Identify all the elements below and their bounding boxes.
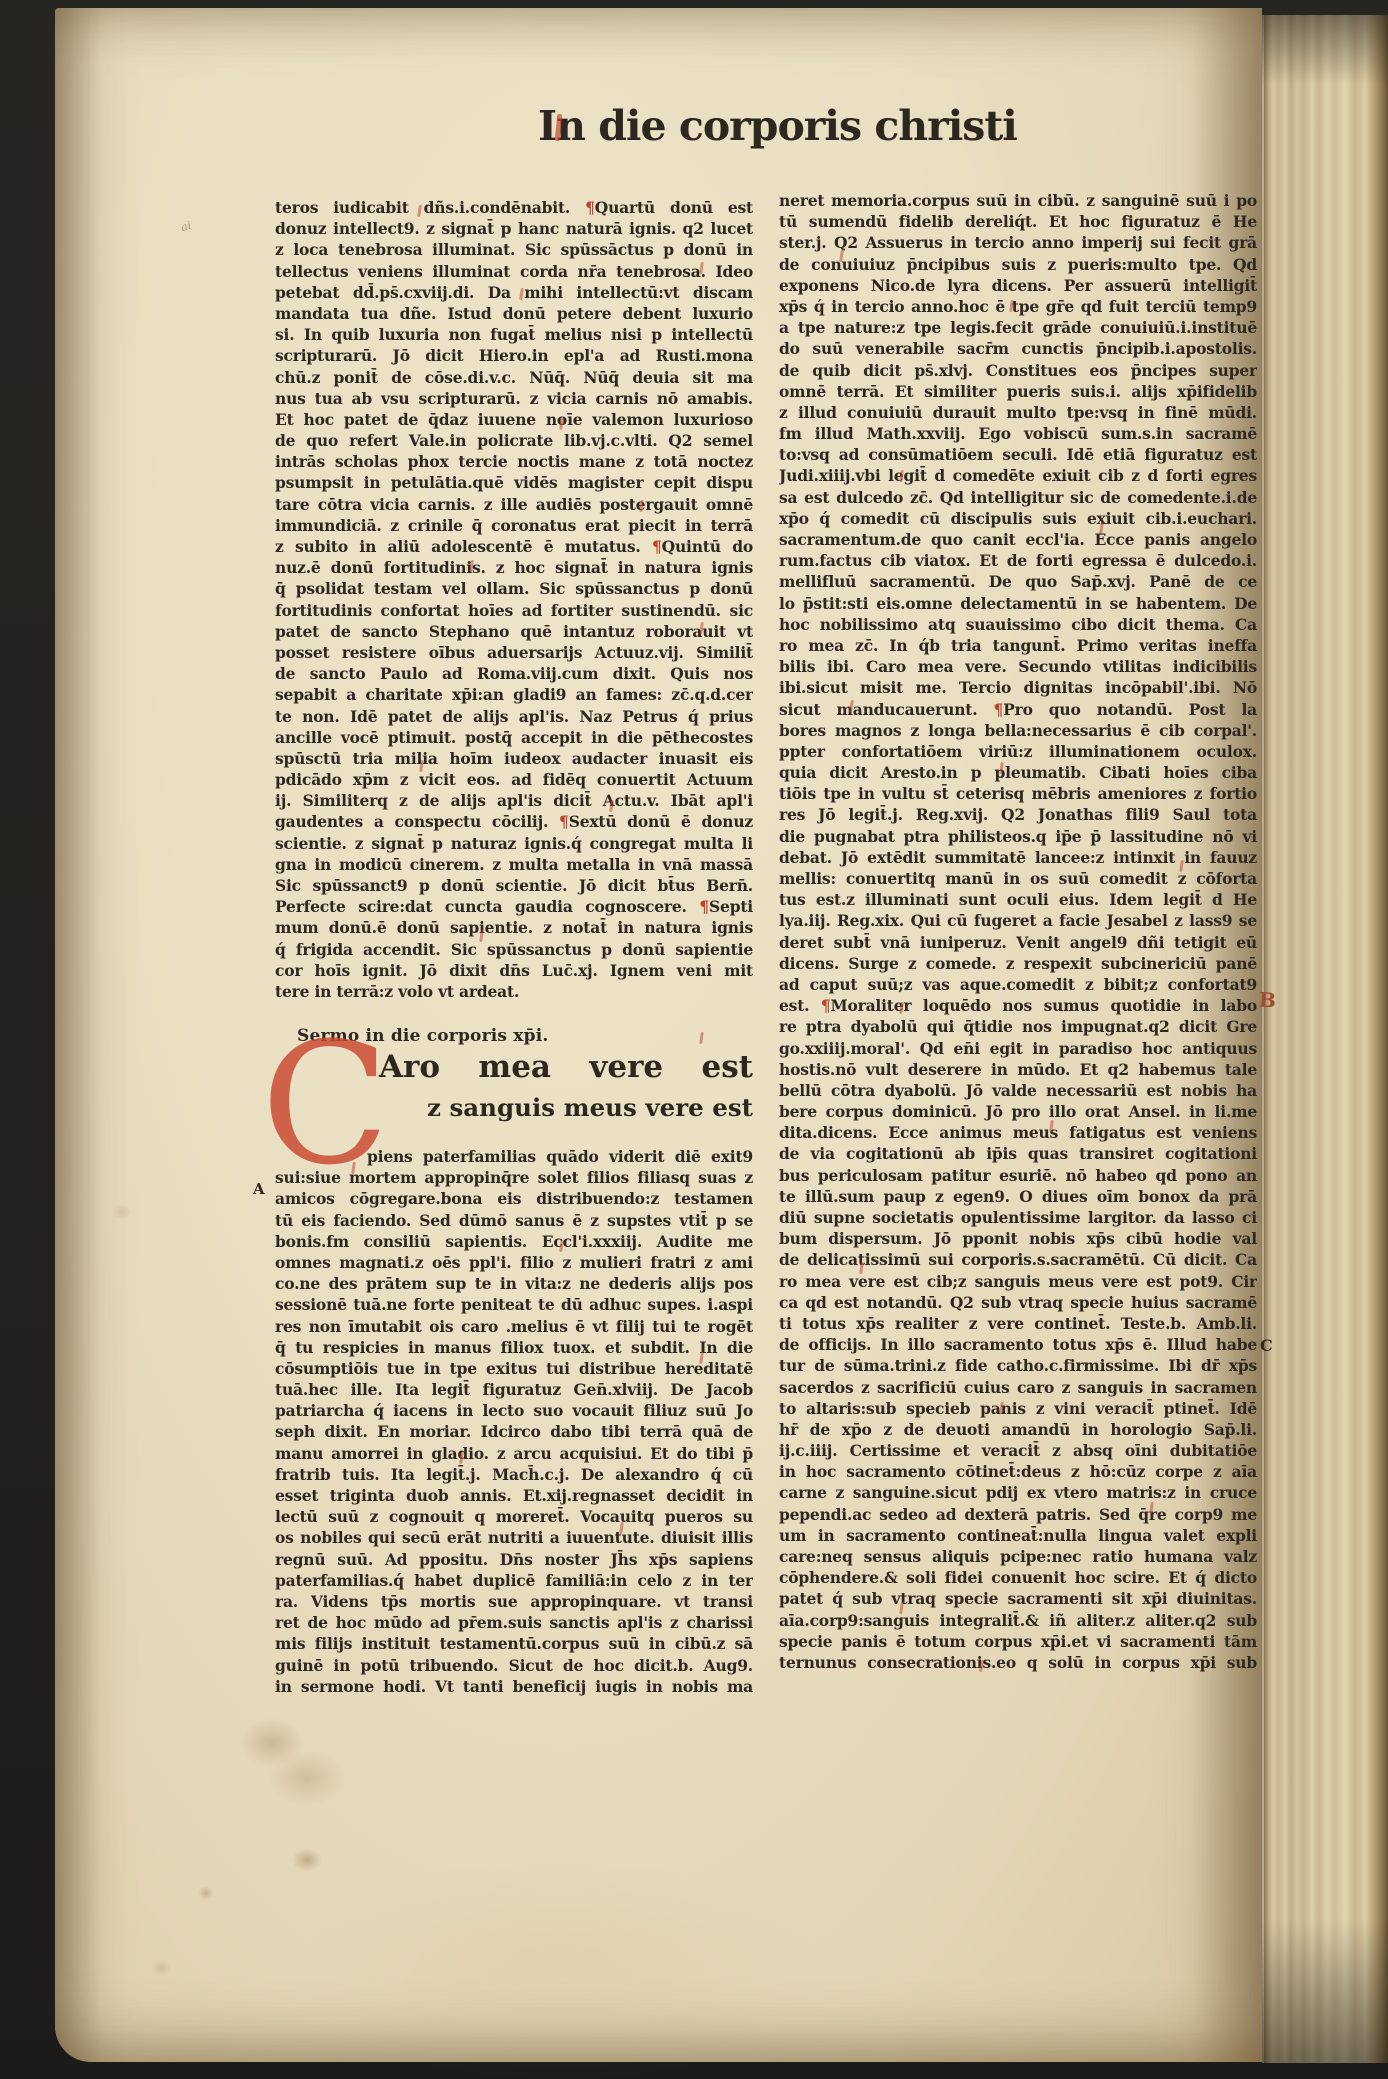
text-line: ij. Similiterq z de alijs apl'is dicit̄ … bbox=[275, 790, 753, 811]
text-line: ro mea zc̄. In q́b tria tangunt̄. Primo … bbox=[779, 635, 1257, 656]
text-line: sepabit a charitate xp̄i:an gladi9 an fa… bbox=[275, 684, 753, 705]
text-line: fratrib tuis. Ita legit̄.j. Mach̄.c.j. D… bbox=[275, 1464, 753, 1485]
running-title: In die corporis christi bbox=[538, 102, 996, 150]
text-line: sa est dulcedo zc̄. Qd intelligitur sic … bbox=[779, 487, 1257, 508]
text-line: de via cogitationū ab ip̄is quas transir… bbox=[779, 1143, 1257, 1164]
text-line: lya.iij. Reg.xix. Qui cū fugeret a facie… bbox=[779, 910, 1257, 931]
text-line: exponens Nico.de lyra dicens. Per assuer… bbox=[779, 275, 1257, 296]
text-line: piens paterfamilias quādo viderit diē ex… bbox=[275, 1146, 753, 1167]
text-line: ppter confortatiōem viriū:z illumination… bbox=[779, 741, 1257, 762]
text-line: teros iudicabit dñs.i.condēnabit. ¶Quart… bbox=[275, 197, 753, 218]
text-line: de conuiuiuz p̄ncipibus suis z pueris:mu… bbox=[779, 254, 1257, 275]
text-line: re ptra dyabolū qui q̄tidie nos impugnat… bbox=[779, 1016, 1257, 1037]
text-column-right: neret memoria.corpus suū in cibū. z sang… bbox=[779, 190, 1257, 1673]
text-line: paterfamilias.q́ habet duplicē familiā:i… bbox=[275, 1570, 753, 1591]
text-line: patet de sancto Stephano quē intantuz ro… bbox=[275, 621, 753, 642]
text-line: in sermone hodi. Vt tanti beneficij iugi… bbox=[275, 1676, 753, 1697]
marginal-letter-c: C bbox=[1260, 1336, 1273, 1355]
text-line: sacramentum.de quo canit eccl'ia. Ecce p… bbox=[779, 529, 1257, 550]
marginal-letter-b: B bbox=[1258, 987, 1277, 1012]
text-line: ancille vocē ptimuit. postq̄ accepit in … bbox=[275, 727, 753, 748]
text-line: bonis.fm consiliū sapientis. Eccl'i.xxxi… bbox=[275, 1231, 753, 1252]
text-line: ti totus xp̄s realiter z vere continet̄.… bbox=[779, 1313, 1257, 1334]
text-line: z illud conuiuiū durauit multo tpe:vsq i… bbox=[779, 402, 1257, 423]
text-line: pdicādo xp̄m z vicit eos. ad fidēq conue… bbox=[275, 769, 753, 790]
text-line: xp̄s q́ in tercio anno.hoc ē tpe gr̄e qd… bbox=[779, 296, 1257, 317]
text-line: a tpe nature:z tpe legis.fecit grāde con… bbox=[779, 317, 1257, 338]
text-line: Sic spūssanct9 p donū scientie. Jō dicit… bbox=[275, 875, 753, 896]
text-line: to altaris:sub specieb panis z vini vera… bbox=[779, 1398, 1257, 1419]
text-line: diū supne societatis opulentissime largi… bbox=[779, 1207, 1257, 1228]
text-line: immundiciā. z crinile q̄ coronatus erat … bbox=[275, 515, 753, 536]
text-line: bus periculosam patitur esuriē. nō habeo… bbox=[779, 1165, 1257, 1186]
text-line: tū sumendū fidelib dereliq́t. Et hoc fig… bbox=[779, 211, 1257, 232]
text-line: est. ¶Moraliter loquēdo nos sumus quotid… bbox=[779, 995, 1257, 1016]
text-line: bere corpus dominicū. Jō pro illo orat A… bbox=[779, 1101, 1257, 1122]
sermon-incipit: C Aro mea vere est cibus z sanguis meus … bbox=[275, 1044, 753, 1126]
text-line: de sancto Paulo ad Roma.viij.cum dixit. … bbox=[275, 663, 753, 684]
text-line: lo p̄stit:sti eis.omne delectamentū in s… bbox=[779, 593, 1257, 614]
text-line: sui:siue mortem appropinq̄re solet filio… bbox=[275, 1167, 753, 1188]
text-line: pependi.ac sedeo ad dexterā patris. Sed … bbox=[779, 1504, 1257, 1525]
text-line: cōsumptiōis tue in tpe exitus tui distri… bbox=[275, 1358, 753, 1379]
text-line: omnes magnati.z oēs ppl'i. filio z mulie… bbox=[275, 1252, 753, 1273]
text-line: tuā.hec ille. Ita legit̄ figuratuz Gen̄.… bbox=[275, 1379, 753, 1400]
text-line: debat. Jō extēdit summitatē lancee:z int… bbox=[779, 847, 1257, 868]
text-line: ternunus consecrationis.eo q solū in cor… bbox=[779, 1652, 1257, 1673]
text-line: mis filijs instituit testamentū.corpus s… bbox=[275, 1633, 753, 1654]
text-line: amicos cōgregare.bona eis distribuendo:z… bbox=[275, 1188, 753, 1209]
text-column-left-continued: piens paterfamilias quādo viderit diē ex… bbox=[275, 1146, 753, 1697]
text-line: res Jō legit̄.j. Reg.xvij. Q2 Jonathas f… bbox=[779, 804, 1257, 825]
text-line: Judi.xiiij.vbi legit̄ d comedēte exiuit … bbox=[779, 465, 1257, 486]
text-line: ca qd est notandū. Q2 sub vtraq specie h… bbox=[779, 1292, 1257, 1313]
text-line: bum dispersum. Jō pponit nobis xp̄s cibū… bbox=[779, 1228, 1257, 1249]
text-line: de delicatissimū sui corporis.s.sacramēt… bbox=[779, 1249, 1257, 1270]
book-fore-edge-pages bbox=[1262, 15, 1388, 2063]
text-line: ret de hoc mūdo ad pr̄em.suis sanctis ap… bbox=[275, 1612, 753, 1633]
text-line: petebat dd̄.ps̄.cxviij.di. Da mihi intel… bbox=[275, 282, 753, 303]
text-line: donuz intellect9. z signat̄ p hanc natur… bbox=[275, 218, 753, 239]
text-line: hostis.nō vult deserere in mūdo. Et q2 h… bbox=[779, 1059, 1257, 1080]
text-line: posset resistere oībus aduersarijs Actuu… bbox=[275, 642, 753, 663]
text-line: care:neq sensus aliquis pcipe:nec ratio … bbox=[779, 1546, 1257, 1567]
text-line: omnē terrā. Et similiter pueris suis.i. … bbox=[779, 381, 1257, 402]
text-line: patet q́ sub vtraq specie sacramenti sit… bbox=[779, 1588, 1257, 1609]
text-line: sicut manducauerunt. ¶Pro quo notandū. P… bbox=[779, 699, 1257, 720]
text-line: seph dixit. En moriar. Idcirco dabo tibi… bbox=[275, 1421, 753, 1442]
text-line: gaudentes a conspectu cōcilij. ¶Sextū do… bbox=[275, 811, 753, 832]
text-line: dita.dicens. Ecce animus meus fatigatus … bbox=[779, 1122, 1257, 1143]
text-line: intrās scholas phox tercie noctis mane z… bbox=[275, 451, 753, 472]
text-line: mandata tua dñe. Istud donū petere deben… bbox=[275, 303, 753, 324]
text-line: ro mea vere est cib;z sanguis meus vere … bbox=[779, 1271, 1257, 1292]
text-line: os nobiles qui secū erāt nutriti a iuuen… bbox=[275, 1527, 753, 1548]
text-line: mellis: conuertitq manū in os suū comedi… bbox=[779, 868, 1257, 889]
text-line: scientie. z signat̄ p naturaz ignis.q́ c… bbox=[275, 833, 753, 854]
text-line: carne z sanguine.sicut pdij ex vtero mat… bbox=[779, 1482, 1257, 1503]
text-line: ibi.sicut misit me. Tercio dignitas incō… bbox=[779, 677, 1257, 698]
text-column-left: teros iudicabit dñs.i.condēnabit. ¶Quart… bbox=[275, 197, 753, 1002]
text-line: guinē in potū tribuendo. Sicut de hoc di… bbox=[275, 1655, 753, 1676]
text-line: te illū.sum paup z egen9. O diues oīm bo… bbox=[779, 1186, 1257, 1207]
text-line: Perfecte scire:dat cuncta gaudia cognosc… bbox=[275, 896, 753, 917]
text-line: esset triginta duob annis. Et.xij.regnas… bbox=[275, 1485, 753, 1506]
text-line: cor hoīs ignit. Jō dixit dn̄s Luc̄.xj. I… bbox=[275, 960, 753, 981]
text-line: gna in modicū cinerem. z multa metalla i… bbox=[275, 854, 753, 875]
text-line: hoc nobilissimo atq suauissimo cibo dici… bbox=[779, 614, 1257, 635]
text-line: regnū suū. Ad ppositu. Dn̄s noster Jh̄s … bbox=[275, 1549, 753, 1570]
text-line: scripturarū. Jō dicit Hiero.in epl'a ad … bbox=[275, 345, 753, 366]
text-line: sessionē tuā.ne forte peniteat te dū adh… bbox=[275, 1294, 753, 1315]
text-line: cōphendere.& soli fidei conuenit hoc sci… bbox=[779, 1567, 1257, 1588]
text-line: tiōis tpe in vultu st̄ ceterisq mēbris a… bbox=[779, 783, 1257, 804]
text-line: spūsctū tria milia hoīm iudeox audacter … bbox=[275, 748, 753, 769]
text-line: tus est.z illuminati sunt oculi eius. Id… bbox=[779, 889, 1257, 910]
text-line: si. In quib luxuria non fugat̄ melius ni… bbox=[275, 324, 753, 345]
text-line: q̄ psolidat testam vel ollam. Sic spūssa… bbox=[275, 578, 753, 599]
text-line: ad caput suū;z vas aque.comedit z bibit;… bbox=[779, 974, 1257, 995]
text-line: do suū venerabile sacr̄m cunctis p̄ncipi… bbox=[779, 338, 1257, 359]
text-line: die pugnabat ptra philisteos.q ip̄e p̄ l… bbox=[779, 826, 1257, 847]
text-line: nuz.ē donū fortitudinis. z hoc signat̄ i… bbox=[275, 557, 753, 578]
text-line: tellectus veniens illuminat corda nr̄a t… bbox=[275, 261, 753, 282]
text-line: z subito in aliū adolescentē ē mutatus. … bbox=[275, 536, 753, 557]
text-line: tur de sūma.trini.z fide catho.c.firmiss… bbox=[779, 1355, 1257, 1376]
text-line: quia dicit Aresto.in p pleumatib. Cibati… bbox=[779, 762, 1257, 783]
text-line: nus tua ab vsu scripturarū. z vicia carn… bbox=[275, 388, 753, 409]
text-line: de quo refert Vale.in policrate lib.vj.c… bbox=[275, 430, 753, 451]
text-line: ij.c.iiij. Certissime et veracit̄ z absq… bbox=[779, 1440, 1257, 1461]
text-line: aīa.corp9:sanguis integralit̄.& iñ alite… bbox=[779, 1610, 1257, 1631]
text-line: co.ne des prātem sup te in vita:z ne ded… bbox=[275, 1273, 753, 1294]
text-line: neret memoria.corpus suū in cibū. z sang… bbox=[779, 190, 1257, 211]
text-line: tū eis faciendo. Sed dūmō sanus ē z sups… bbox=[275, 1210, 753, 1231]
text-line: fm illud Math.xxviij. Ego vobiscū sum.s.… bbox=[779, 423, 1257, 444]
text-line: tare cōtra vicia carnis. z ille audiēs p… bbox=[275, 494, 753, 515]
text-line: mum donū.ē donū sapientie. z notat̄ in n… bbox=[275, 917, 753, 938]
text-line: um in sacramento contineat̄:nulla lingua… bbox=[779, 1525, 1257, 1546]
marginal-letter-a: A bbox=[253, 1180, 265, 1198]
text-line: in hoc sacramento cōtinet̄:deus z hō:cūz… bbox=[779, 1461, 1257, 1482]
text-line: ster.j. Q2 Assuerus in tercio anno imper… bbox=[779, 232, 1257, 253]
text-line: q́ frigida accendit. Sic spūssanctus p d… bbox=[275, 939, 753, 960]
text-line: de quib dicit ps̄.xlvj. Constitues eos p… bbox=[779, 360, 1257, 381]
text-line: tere in terrā:z volo vt ardeat. bbox=[275, 981, 753, 1002]
text-line: Et hoc patet de q̄daz iuuene noīe valemo… bbox=[275, 409, 753, 430]
text-line: mellifluū sacramentū. De quo Sap̄.xvj. P… bbox=[779, 571, 1257, 592]
text-line: to:vsq ad consūmatiōem seculi. Idē etiā … bbox=[779, 444, 1257, 465]
text-line: z loca tenebrosa illuminat. Sic spūssāct… bbox=[275, 239, 753, 260]
text-line: manu amorrei in gladio. z arcu acquisiui… bbox=[275, 1443, 753, 1464]
text-line: psumpsit in petulātia.quē vidēs magister… bbox=[275, 472, 753, 493]
text-line: lectū suū z cognouit q moreret̄. Vocauit… bbox=[275, 1506, 753, 1527]
text-line: dicens. Surge z comede. z respexit subci… bbox=[779, 953, 1257, 974]
text-line: go.xxiiij.moral'. Qd en̄i egit in paradi… bbox=[779, 1038, 1257, 1059]
text-line: bilis ibi. Caro mea vere. Secundo vtilit… bbox=[779, 656, 1257, 677]
text-line: te non. Idē patet de alijs apl'is. Naz P… bbox=[275, 706, 753, 727]
text-line: rum.factus cib viatox. Et de forti egres… bbox=[779, 550, 1257, 571]
scanned-book-page: In die corporis christi teros iudicabit … bbox=[0, 0, 1388, 2079]
text-line: sacerdos z sacrificiū cuius caro z sangu… bbox=[779, 1377, 1257, 1398]
text-line: q̄ tu respicies in manus filiox tuox. et… bbox=[275, 1337, 753, 1358]
text-line: bellū cōtra dyabolū. Jō valde necessariū… bbox=[779, 1080, 1257, 1101]
text-line: patriarcha q́ iacens in lecto suo vocaui… bbox=[275, 1400, 753, 1421]
text-line: ra. Videns tp̄s mortis sue appropinquare… bbox=[275, 1591, 753, 1612]
text-line: specie panis ē totum corpus xp̄i.et vi s… bbox=[779, 1631, 1257, 1652]
text-line: fortitudinis confortat hoīes ad fortiter… bbox=[275, 600, 753, 621]
text-line: deret subt̄ vnā iuniperuz. Venit angel9 … bbox=[779, 932, 1257, 953]
text-line: xp̄o q́ comedit cū discipulis suis exiui… bbox=[779, 508, 1257, 529]
text-line: chū.z ponit̄ de cōse.di.v.c. Nūq̄. Nūq̄ … bbox=[275, 367, 753, 388]
text-line: de officijs. In illo sacramento totus xp… bbox=[779, 1334, 1257, 1355]
text-line: res non īmutabit ois caro .melius ē vt f… bbox=[275, 1316, 753, 1337]
text-line: bores magnos z longa bella:necessarius ē… bbox=[779, 720, 1257, 741]
text-line: hr̄ de xp̄o z de deuoti amandū in horolo… bbox=[779, 1419, 1257, 1440]
